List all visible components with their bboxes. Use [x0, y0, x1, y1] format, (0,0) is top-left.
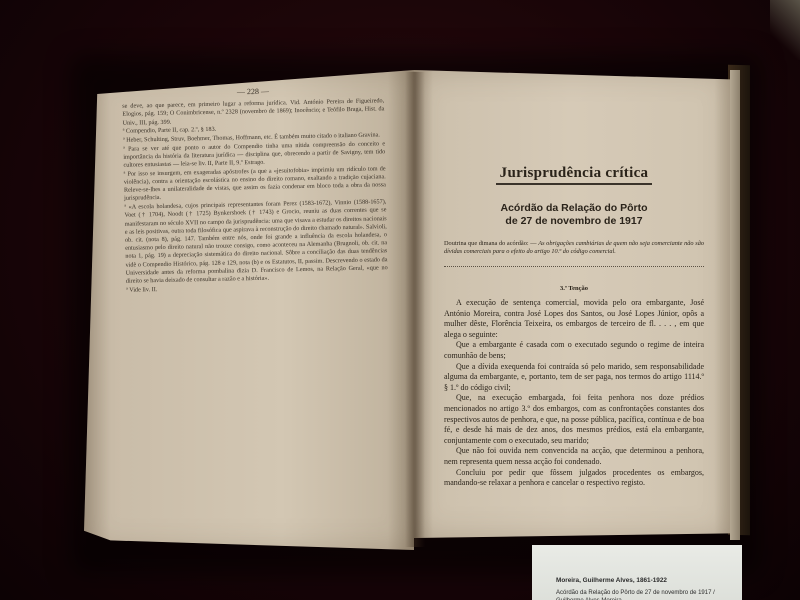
- body-paragraph: Que a dívida exequenda foi contraída só …: [444, 362, 704, 394]
- right-page: Jurisprudência crítica Acórdão da Relaçã…: [414, 70, 730, 538]
- body-paragraph: Que a embargante é casada com o executad…: [444, 340, 704, 361]
- subheading: 3.ª Tenção: [444, 285, 704, 292]
- section-title: Jurisprudência crítica: [444, 165, 704, 182]
- book-gutter: [405, 72, 425, 547]
- body-paragraph: Que, na execução embargada, foi feita pe…: [444, 393, 704, 446]
- left-page: — 228 — se deve, ao que parece, em prime…: [84, 70, 414, 550]
- background-object: [770, 0, 800, 60]
- label-description: Acórdão da Relação do Pôrto de 27 de nov…: [556, 589, 736, 600]
- exhibit-label-card: Moreira, Guilherme Alves, 1861-1922 Acór…: [532, 545, 742, 600]
- right-page-text: Jurisprudência crítica Acórdão da Relaçã…: [444, 165, 704, 489]
- photo-scene: — 228 — se deve, ao que parece, em prime…: [0, 0, 800, 600]
- body-paragraph: Concluiu por pedir que fôssem julgados p…: [444, 468, 704, 489]
- page-stack-edge: [730, 70, 740, 540]
- body-paragraph: A execução de sentença comercial, movida…: [444, 298, 704, 340]
- label-author: Moreira, Guilherme Alves, 1861-1922: [556, 577, 667, 584]
- left-page-text: — 228 — se deve, ao que parece, em prime…: [122, 85, 388, 295]
- body-paragraph: Que não foi ouvida nem convencida na acç…: [444, 446, 704, 467]
- footnote: ª Por isso se insurgem, em exageradas ap…: [124, 165, 387, 203]
- case-title: Acórdão da Relação do Pôrto de 27 de nov…: [444, 202, 704, 228]
- doctrine-summary: Doutrina que dimana do acórdão: — As obr…: [444, 240, 704, 256]
- dotted-divider: [444, 266, 704, 267]
- footnote: ª «A escola holandesa, cujos principais …: [124, 198, 388, 286]
